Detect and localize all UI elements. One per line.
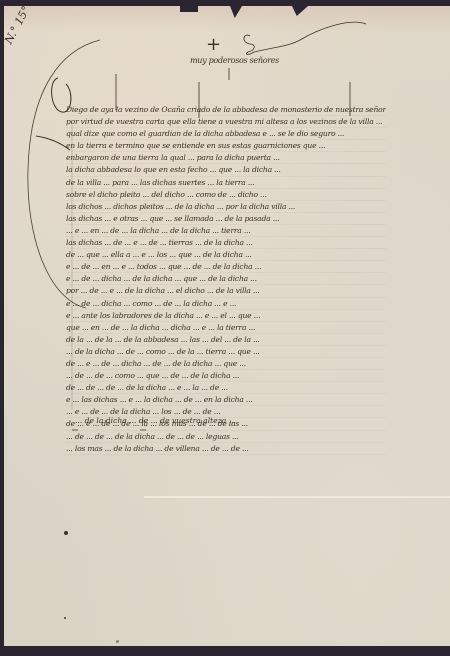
text-line: e ... de ... dicha ... de la dicha ... q… [66,273,386,285]
text-line: ... los mas ... de la dicha ... de ville… [66,443,386,455]
text-line: sobre el dicho pleito ... del dicho ... … [66,189,386,201]
text-line: en la tierra e termino que se entiende e… [66,140,386,152]
text-line: e ... de ... dicha ... como ... de ... l… [66,298,386,310]
text-line: las dichas ... de ... e ... de ... tierr… [66,237,386,249]
text-line: ... de ... de ... como ... que ... de ..… [66,370,386,382]
text-line: los dichos ... dichos pleitos ... de la … [66,201,386,213]
text-line: ... e ... en ... de ... la dicha ... de … [66,225,386,237]
addressee-heading: muy poderosos señores [190,56,279,65]
text-line: e ... ante los labradores de la dicha ..… [66,310,386,322]
text-line: la dicha abbadesa lo que en esta fecho .… [66,164,386,176]
text-line: las dichas ... e otras ... que ... se ll… [66,213,386,225]
text-line: e ... de ... en ... e ... todos ... que … [66,261,386,273]
text-line: ... de la dicha ... de ... como ... de l… [66,346,386,358]
text-line: por ... de ... e ... de la dicha ... el … [66,285,386,297]
text-line: de ... e ... de ... dicha ... de ... de … [66,358,386,370]
text-line: ... de ... de ... de la dicha ... de ...… [66,431,386,443]
text-line: que ... en ... de ... la dicha ... dicha… [66,322,386,334]
text-line: enbargaron de una tierra la qual ... par… [66,152,386,164]
invocation-cross: + [206,34,221,55]
text-line: e ... las dichas ... e ... la dicha ... … [66,394,386,406]
closing-line: ... de la dicha ... de ... de vuestra al… [75,416,236,425]
letter-body: Diego de aya la vezino de Ocaña criado d… [66,104,386,455]
text-line: Diego de aya la vezino de Ocaña criado d… [66,104,386,116]
signum-flourish [244,22,366,54]
text-line: de la ... de la ... de la abbadesa ... l… [66,334,386,346]
text-line: de ... que ... ella a ... e ... los ... … [66,249,386,261]
text-line: qual dize que como el guardian de la dic… [66,128,386,140]
text-line: de la villa ... para ... las dichas suer… [66,177,386,189]
text-line: de ... de ... de ... de la dicha ... e .… [66,382,386,394]
text-line: por virtud de vuestra carta que ella tie… [66,116,386,128]
